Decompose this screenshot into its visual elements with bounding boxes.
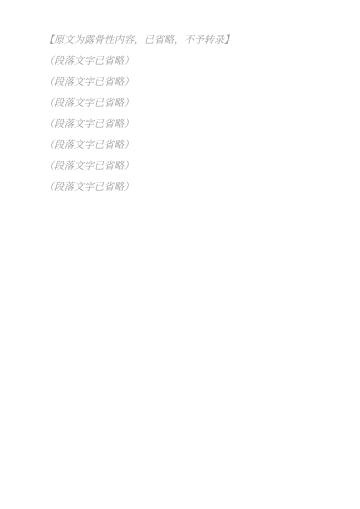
redacted-paragraph: （段落文字已省略） — [24, 135, 336, 156]
redacted-paragraph: （段落文字已省略） — [24, 93, 336, 114]
redacted-paragraph: （段落文字已省略） — [24, 72, 336, 93]
redacted-paragraph: （段落文字已省略） — [24, 156, 336, 177]
novel-page: 【原文为露骨性内容，已省略，不予转录】 （段落文字已省略） （段落文字已省略） … — [0, 0, 360, 509]
redacted-paragraph: （段落文字已省略） — [24, 177, 336, 198]
content-notice: 【原文为露骨性内容，已省略，不予转录】 — [24, 30, 336, 51]
redacted-paragraph: （段落文字已省略） — [24, 51, 336, 72]
redacted-paragraph: （段落文字已省略） — [24, 114, 336, 135]
